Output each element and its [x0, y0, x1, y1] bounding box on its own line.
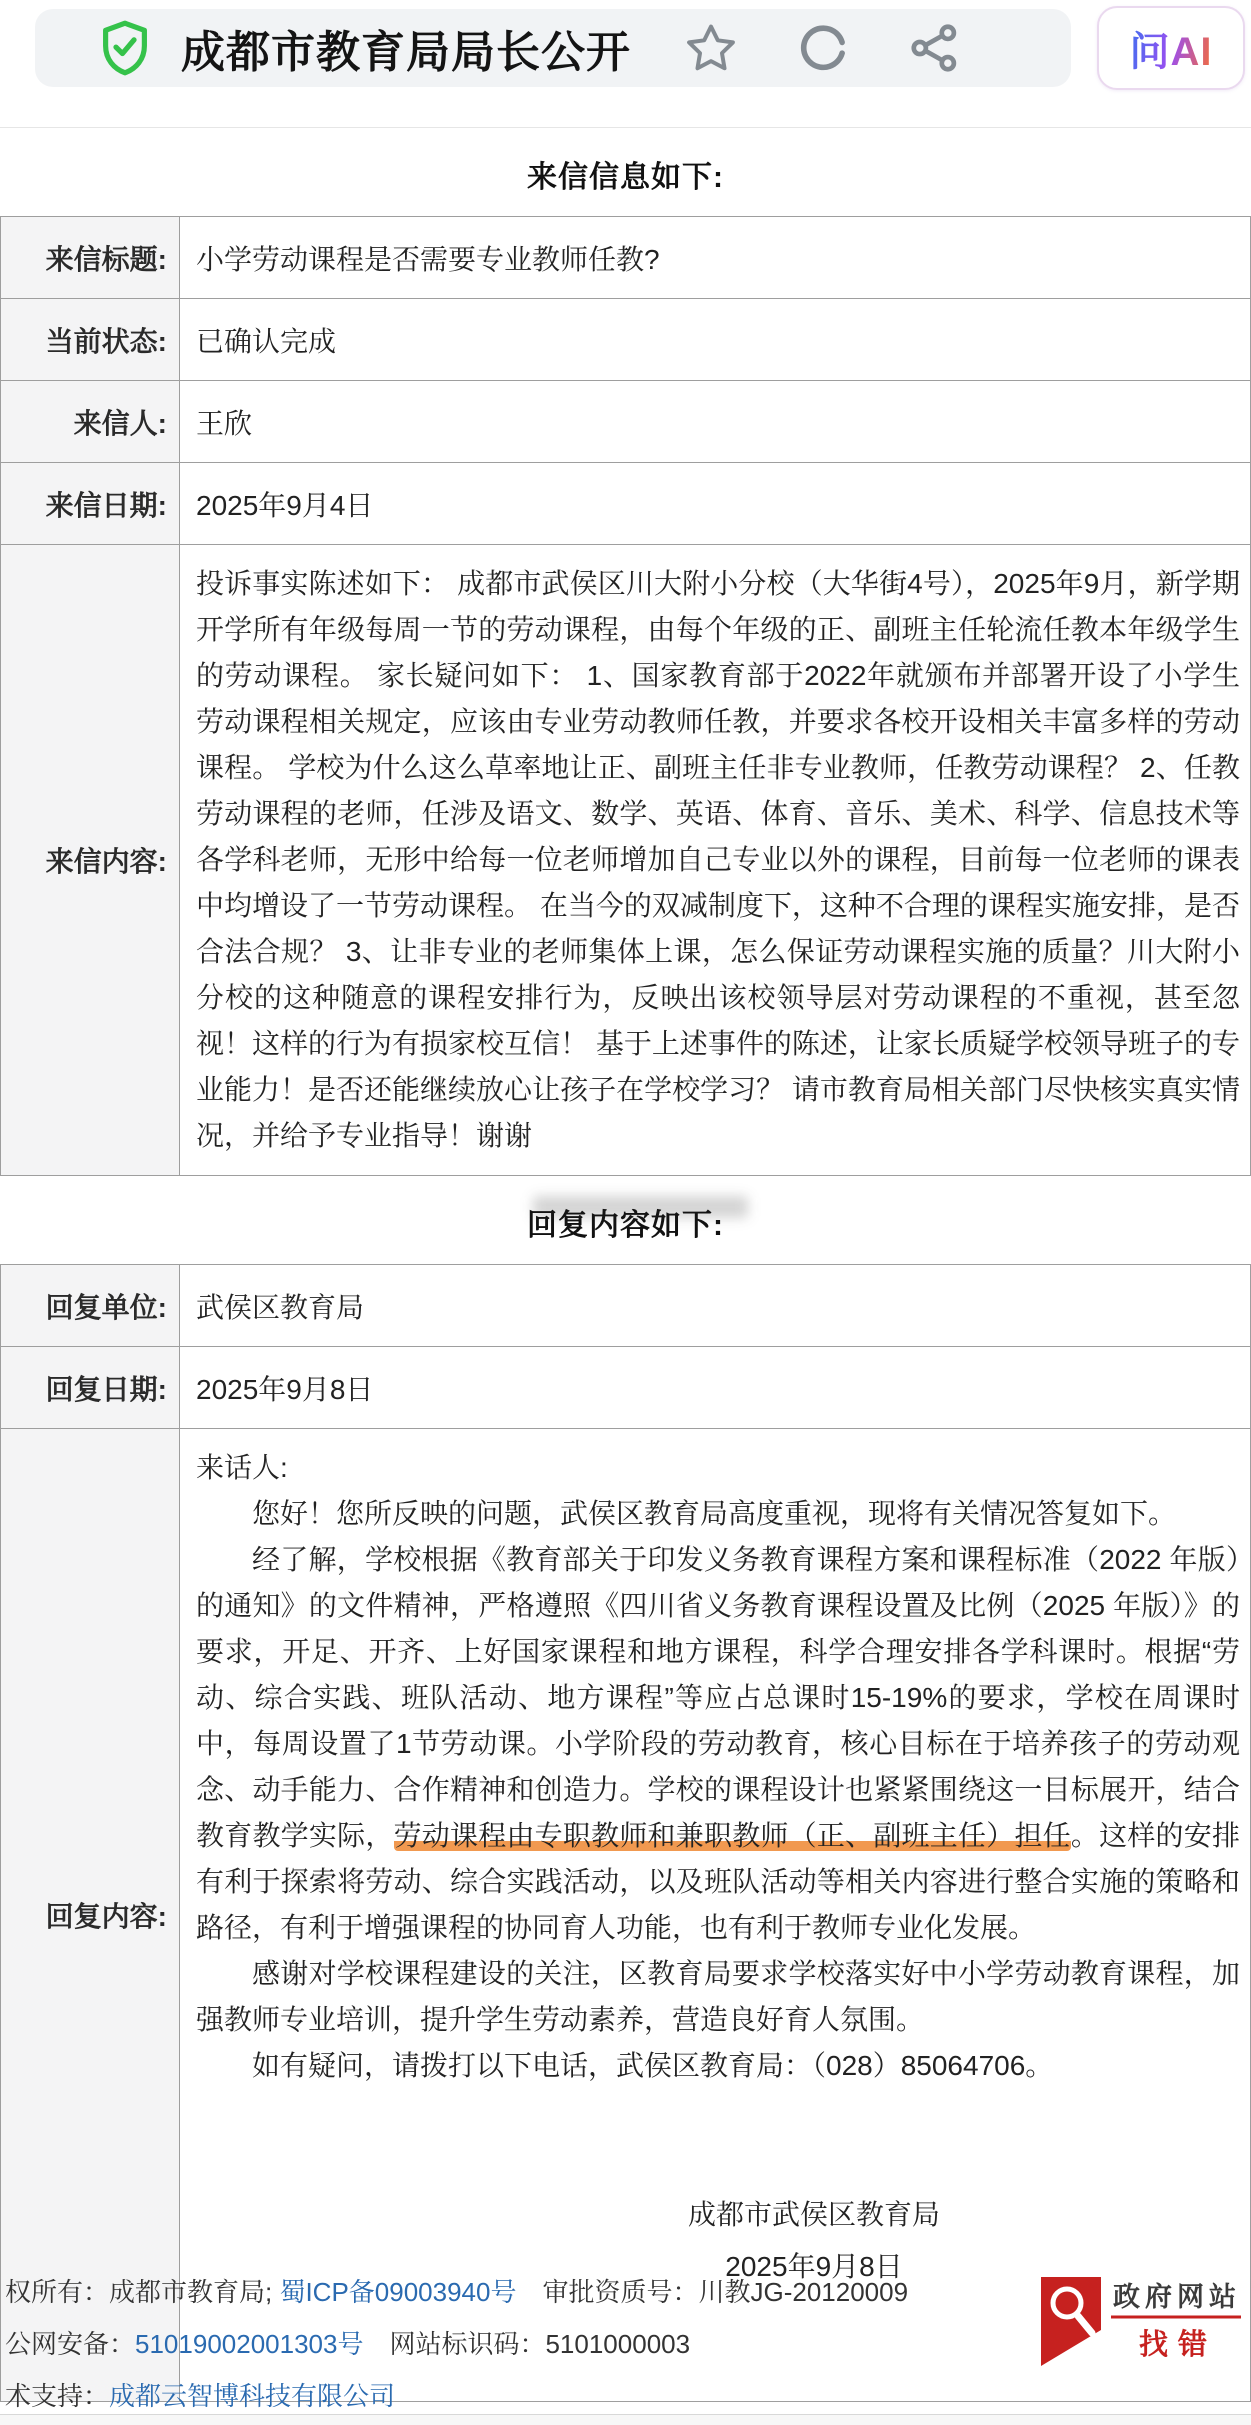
orange-highlight-marker: 劳动课程由专职教师和兼职教师（正、副班主任）担任 [394, 1820, 1071, 1851]
table-row: 回复内容: 来话人: 您好！您所反映的问题，武侯区教育局高度重视，现将有关情况答… [1, 1429, 1251, 2402]
site-id-text: 网站标识码：5101000003 [363, 2329, 690, 2359]
table-row: 回复日期: 2025年9月8日 [1, 1347, 1251, 1429]
letter-content-cell: 投诉事实陈述如下： 成都市武侯区川大附小分校（大华街4号），2025年9月，新学… [180, 545, 1251, 1176]
letter-info-table: 来信标题: 小学劳动课程是否需要专业教师任教? 当前状态: 已确认完成 来信人:… [0, 216, 1251, 1176]
row-value: 武侯区教育局 [180, 1265, 1251, 1347]
letter-section-heading: 来信信息如下: [0, 128, 1251, 216]
table-row: 来信日期: 2025年9月4日 [1, 463, 1251, 545]
security-shield-icon[interactable] [99, 20, 151, 76]
thanks-paragraph: 感谢对学校课程建设的关注，区教育局要求学校落实好中小学劳动教育课程，加强教师专业… [196, 1951, 1240, 2043]
row-value: 已确认完成 [180, 299, 1251, 381]
table-row: 来信人: 王欣 [1, 381, 1251, 463]
ask-ai-label: 问AI [1130, 20, 1213, 77]
signature-org: 成都市武侯区教育局 [388, 2189, 1240, 2241]
share-icon[interactable] [907, 20, 963, 76]
main-reply-paragraph: 经了解，学校根据《教育部关于印发义务教育课程方案和课程标准（2022 年版）的通… [196, 1537, 1240, 1951]
tech-support-text: 术支持： [5, 2381, 109, 2411]
browser-topbar: 成都市教育局局长公开 [35, 9, 1071, 87]
table-row: 当前状态: 已确认完成 [1, 299, 1251, 381]
reply-content-cell: 来话人: 您好！您所反映的问题，武侯区教育局高度重视，现将有关情况答复如下。 经… [180, 1429, 1251, 2402]
salutation-line: 来话人: [196, 1445, 1240, 1491]
logo-title: 政府网站 [1113, 2282, 1241, 2312]
security-record-text: 公网安备： [5, 2329, 135, 2359]
row-label: 来信内容: [1, 545, 180, 1176]
logo-subtitle: 找错 [1139, 2327, 1217, 2361]
approval-number-text: 审批资质号：川教JG-20120009 [516, 2277, 908, 2307]
contact-paragraph: 如有疑问，请拨打以下电话，武侯区教育局：（028）85064706。 [196, 2043, 1240, 2089]
reply-text-before-highlight: 经了解，学校根据《教育部关于印发义务教育课程方案和课程标准（2022 年版）的通… [196, 1544, 1240, 1851]
row-value: 小学劳动课程是否需要专业教师任教? [180, 217, 1251, 299]
row-value: 2025年9月8日 [180, 1347, 1251, 1429]
row-label: 来信日期: [1, 463, 180, 545]
refresh-icon[interactable] [795, 20, 851, 76]
row-value: 王欣 [180, 381, 1251, 463]
page-content: 来信信息如下: 来信标题: 小学劳动课程是否需要专业教师任教? 当前状态: 已确… [0, 128, 1251, 2402]
reply-section-heading: 回复内容如下: [0, 1176, 1251, 1264]
copyright-text: 权所有：成都市教育局; [5, 2277, 279, 2307]
bookmark-star-icon[interactable] [683, 20, 739, 76]
table-row: 来信内容: 投诉事实陈述如下： 成都市武侯区川大附小分校（大华街4号），2025… [1, 545, 1251, 1176]
row-label: 回复内容: [1, 1429, 180, 2402]
security-record-link[interactable]: 51019002001303号 [135, 2329, 363, 2359]
greeting-paragraph: 您好！您所反映的问题，武侯区教育局高度重视，现将有关情况答复如下。 [196, 1491, 1240, 1537]
reply-info-table: 回复单位: 武侯区教育局 回复日期: 2025年9月8日 回复内容: 来话人: … [0, 1264, 1251, 2402]
gov-site-error-report-widget[interactable]: 政府网站 找错 [1039, 2276, 1243, 2368]
row-value: 2025年9月4日 [180, 463, 1251, 545]
row-label: 来信标题: [1, 217, 180, 299]
ask-ai-button[interactable]: 问AI [1097, 6, 1245, 90]
reply-content-text: 来话人: 您好！您所反映的问题，武侯区教育局高度重视，现将有关情况答复如下。 经… [196, 1445, 1240, 2385]
table-row: 回复单位: 武侯区教育局 [1, 1265, 1251, 1347]
page-title: 成都市教育局局长公开 [181, 16, 631, 80]
row-label: 回复日期: [1, 1347, 180, 1429]
bottom-divider [0, 2414, 1251, 2425]
row-label: 当前状态: [1, 299, 180, 381]
letter-content-text: 投诉事实陈述如下： 成都市武侯区川大附小分校（大华街4号），2025年9月，新学… [196, 561, 1240, 1159]
tech-support-link[interactable]: 成都云智博科技有限公司 [109, 2381, 395, 2411]
icp-license-link[interactable]: 蜀ICP备09003940号 [279, 2277, 516, 2307]
row-label: 来信人: [1, 381, 180, 463]
table-row: 来信标题: 小学劳动课程是否需要专业教师任教? [1, 217, 1251, 299]
row-label: 回复单位: [1, 1265, 180, 1347]
